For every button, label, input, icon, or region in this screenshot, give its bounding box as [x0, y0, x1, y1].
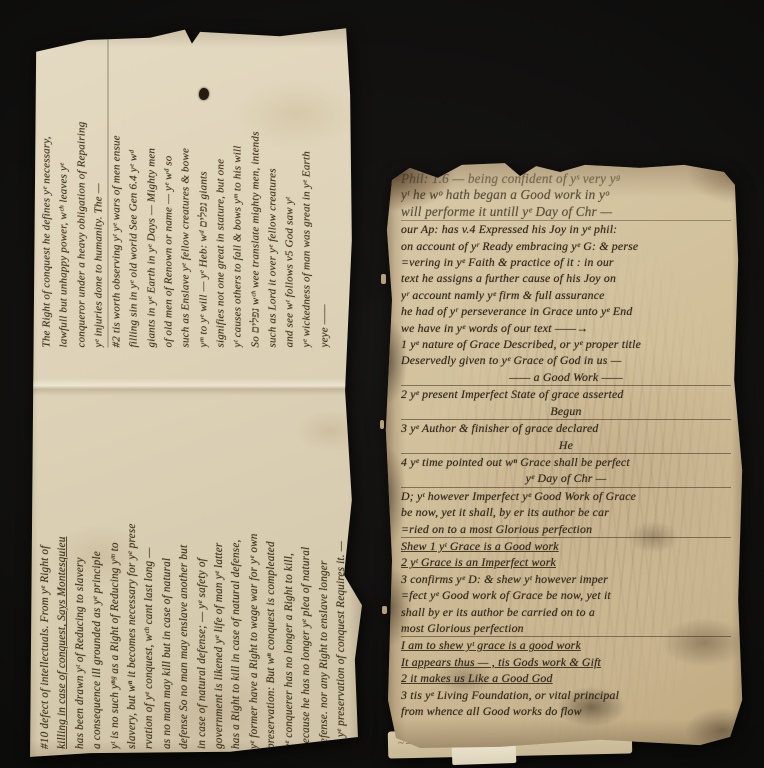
manuscript-line: yᵐ to yᵉ will — yᵉ Heb: wᵈ נפלים giants — [195, 38, 212, 348]
manuscript-line: yᵉ former have a Right to wage war for y… — [246, 397, 263, 749]
paper-speck — [381, 274, 386, 284]
manuscript-line: most Glorious perfection — [401, 620, 731, 637]
manuscript-line: our Ap: has v.4 Expressed his Joy in yᵉ … — [401, 221, 731, 237]
manuscript-line: filling sin in yᵉ old world See Gen 6.4 … — [126, 38, 143, 348]
manuscript-line: on account of yʳ Ready embracing yᵉ G: &… — [401, 238, 731, 254]
manuscript-line: will performe it untill yᵉ Day of Chr — — [401, 204, 731, 221]
manuscript-line: yᵉ Day of Chr — — [401, 470, 731, 487]
right-paper-sheet: Phil: 1.6 — being confident of yˢ very y… — [384, 162, 748, 748]
manuscript-line: rvation of yᵉ conquest, wᶜʰ cant last lo… — [141, 397, 158, 749]
manuscript-line: I am to shew yᵗ grace is a good work — [401, 637, 731, 653]
manuscript-line: It appears thus — , tis Gods work & Gift — [401, 654, 731, 670]
manuscript-line: yⁿ yᵉ preservation of conquest Requires … — [333, 397, 350, 749]
manuscript-line: killing in case of conquest, Says Montes… — [54, 397, 71, 749]
left-paper-sheet: The Right of conquest he defines yᵉ nece… — [26, 26, 364, 762]
manuscript-line: yᵉ wickedness of man was great in yᵉ Ear… — [299, 38, 316, 348]
manuscript-line: #2 tis worth observing yᵗ yᵉ wars of men… — [109, 38, 126, 348]
manuscript-line: yᵉ conquerer has no longer a Right to ki… — [281, 397, 298, 749]
manuscript-line: yᵗ causes others to fall & bows yᵐ to hi… — [230, 38, 247, 348]
manuscript-line: yʳ account namly yᵉ firm & full assuranc… — [401, 287, 731, 303]
right-text-block: Phil: 1.6 — being confident of yˢ very y… — [401, 171, 731, 739]
manuscript-line: signifies not one great in stature, but … — [212, 38, 229, 348]
manuscript-line: The Right of conquest he defines yᵉ nece… — [39, 38, 56, 348]
manuscript-line: Deservedly given to yᵉ Grace of God in u… — [401, 352, 731, 368]
manuscript-line: preservation: But wⁿ conquest is complea… — [263, 397, 280, 749]
manuscript-line: such as Lord it over yᵉ fellow creatures — [264, 38, 281, 348]
manuscript-line: 2 yᵗ Grace is an Imperfect work — [401, 554, 731, 570]
manuscript-line: such as Enslave yᵉ fellow creatures & bo… — [178, 38, 195, 348]
manuscript-line: =ried on to a most Glorious perfection — [401, 521, 731, 538]
manuscript-line: has a Right to kill in case of natural d… — [228, 397, 245, 749]
manuscript-line: 2 it makes us Like a Good God — [401, 670, 731, 686]
manuscript-line: and see wᵗ follows v5 God saw yᵗ — [282, 38, 299, 348]
paper-speck — [382, 606, 387, 614]
left-top-text-block: The Right of conquest he defines yᵉ nece… — [39, 38, 336, 348]
left-manuscript-page: The Right of conquest he defines yᵉ nece… — [26, 26, 364, 762]
manuscript-line: be now, yet it shall, by er its author b… — [401, 504, 731, 520]
manuscript-line: defense So no man may enslave another bu… — [176, 397, 193, 749]
manuscript-line: has been drawn yᵗ of Reducing to slavery — [72, 397, 89, 749]
manuscript-line: lawfull but unhappy power, wᶜʰ leaves yᵉ — [56, 38, 73, 348]
manuscript-line: #10 defect of intellectuals. From yᵉ Rig… — [37, 397, 54, 749]
manuscript-line: —— a Good Work —— — [401, 369, 731, 386]
manuscript-line: from whence all Good works do flow — [401, 703, 731, 719]
manuscript-line: Shew 1 yᵗ Grace is a Good work — [401, 538, 731, 554]
left-bottom-text-block: #10 defect of intellectuals. From yᵉ Rig… — [37, 397, 353, 749]
manuscript-line: He — [401, 437, 731, 454]
manuscript-line: defense. nor any Right to enslave longer — [316, 397, 333, 749]
manuscript-line: 3 tis yᵉ Living Foundation, or vital pri… — [401, 687, 731, 703]
manuscript-line: we have in yᵉ words of our text ——→ — [401, 320, 731, 336]
manuscript-line: Phil: 1.6 — being confident of yˢ very y… — [401, 171, 731, 187]
manuscript-line: =fect yᵉ Good work of Grace be now, yet … — [401, 587, 731, 603]
manuscript-line: slavery, but wⁿ it becomes necessary for… — [124, 397, 141, 749]
photograph-canvas: The Right of conquest he defines yᵉ nece… — [0, 0, 764, 768]
manuscript-line: =vering in yᵉ Faith & practice of it : i… — [401, 254, 731, 270]
manuscript-line: in case of natural defense; — yᵉ safety … — [194, 397, 211, 749]
manuscript-line: he had of yʳ perseverance in Grace unto … — [401, 303, 731, 319]
fold-crease — [26, 378, 364, 396]
manuscript-line: as no man may kill but in case of natura… — [159, 397, 176, 749]
manuscript-line: text he assigns a further cause of his J… — [401, 270, 731, 286]
manuscript-line: conqueror under a heavy obligation of Re… — [73, 38, 90, 348]
manuscript-line: D; yᵗ however Imperfect yᵉ Good Work of … — [401, 488, 731, 504]
manuscript-line: yeye —— — [316, 38, 333, 348]
manuscript-line: So נפלים wᶜʰ wee translate mighty men, i… — [247, 38, 264, 348]
manuscript-line: yᵉ injuries done to humanity. The — — [90, 38, 108, 348]
manuscript-line: yᵗ is no such yⁿᵍ as a Right of Reducing… — [107, 397, 124, 749]
manuscript-line: Begun — [401, 403, 731, 420]
manuscript-line: 1 yᵉ nature of Grace Described, or yᵉ pr… — [401, 336, 731, 352]
manuscript-line: yᵗ he wᵒ hath began a Good work in yᵒ — [401, 187, 731, 203]
manuscript-line: shall by er its author be carried on to … — [401, 604, 731, 620]
manuscript-line: 2 yᵉ present Imperfect State of grace as… — [401, 386, 731, 402]
manuscript-line: government is likened yᵉ life of man yᵉ … — [211, 397, 228, 749]
manuscript-line: giants in yᵉ Earth in yᵉ Days — Mighty m… — [143, 38, 160, 348]
paper-speck — [380, 420, 384, 429]
right-manuscript-page: ~—·~ ·~— ~·— Phil: 1.6 — being confident… — [380, 158, 752, 768]
manuscript-line: of old men of Renown or name — yᵉ wᵈ so — [161, 38, 178, 348]
manuscript-line: 3 confirms yᵉ D: & shew yᵗ however imper — [401, 571, 731, 587]
manuscript-line: because he has no longer yᵉ plea of natu… — [298, 397, 315, 749]
manuscript-line: a consequence ill grounded as yᵉ princip… — [89, 397, 106, 749]
manuscript-line: 3 yᵉ Author & finisher of grace declared — [401, 420, 731, 436]
manuscript-line: 4 yᵉ time pointed out wⁿ Grace shall be … — [401, 454, 731, 470]
